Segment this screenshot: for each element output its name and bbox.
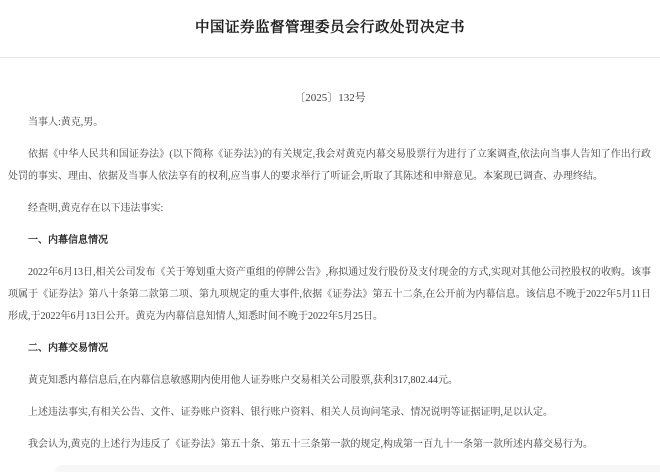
intro-paragraph: 依据《中华人民共和国证券法》(以下简称《证券法》)的有关规定,我会对黄克内幕交易… xyxy=(8,144,651,188)
party-line: 当事人:黄克,男。 xyxy=(8,112,651,134)
document-body: 当事人:黄克,男。 依据《中华人民共和国证券法》(以下简称《证券法》)的有关规定… xyxy=(0,112,660,456)
section2-paragraph: 黄克知悉内幕信息后,在内幕信息敏感期内使用他人证券账户交易相关公司股票,获利31… xyxy=(8,370,651,392)
section1-heading: 一、内幕信息情况 xyxy=(8,230,651,252)
document-number: 〔2025〕132号 xyxy=(0,91,660,105)
section1-paragraph: 2022年6月13日,相关公司发布《关于筹划重大资产重组的停牌公告》,称拟通过发… xyxy=(8,262,651,328)
bottom-panel-edge xyxy=(55,465,660,472)
findings-lead: 经查明,黄克存在以下违法事实: xyxy=(8,198,651,220)
conclusion-paragraph: 我会认为,黄克的上述行为违反了《证券法》第五十条、第五十三条第一款的规定,构成第… xyxy=(8,434,651,456)
section2-heading: 二、内幕交易情况 xyxy=(8,338,651,360)
title-divider xyxy=(0,57,660,58)
page-title: 中国证券监督管理委员会行政处罚决定书 xyxy=(0,18,660,38)
evidence-paragraph: 上述违法事实,有相关公告、文件、证券账户资料、银行账户资料、相关人员询问笔录、情… xyxy=(8,402,651,424)
